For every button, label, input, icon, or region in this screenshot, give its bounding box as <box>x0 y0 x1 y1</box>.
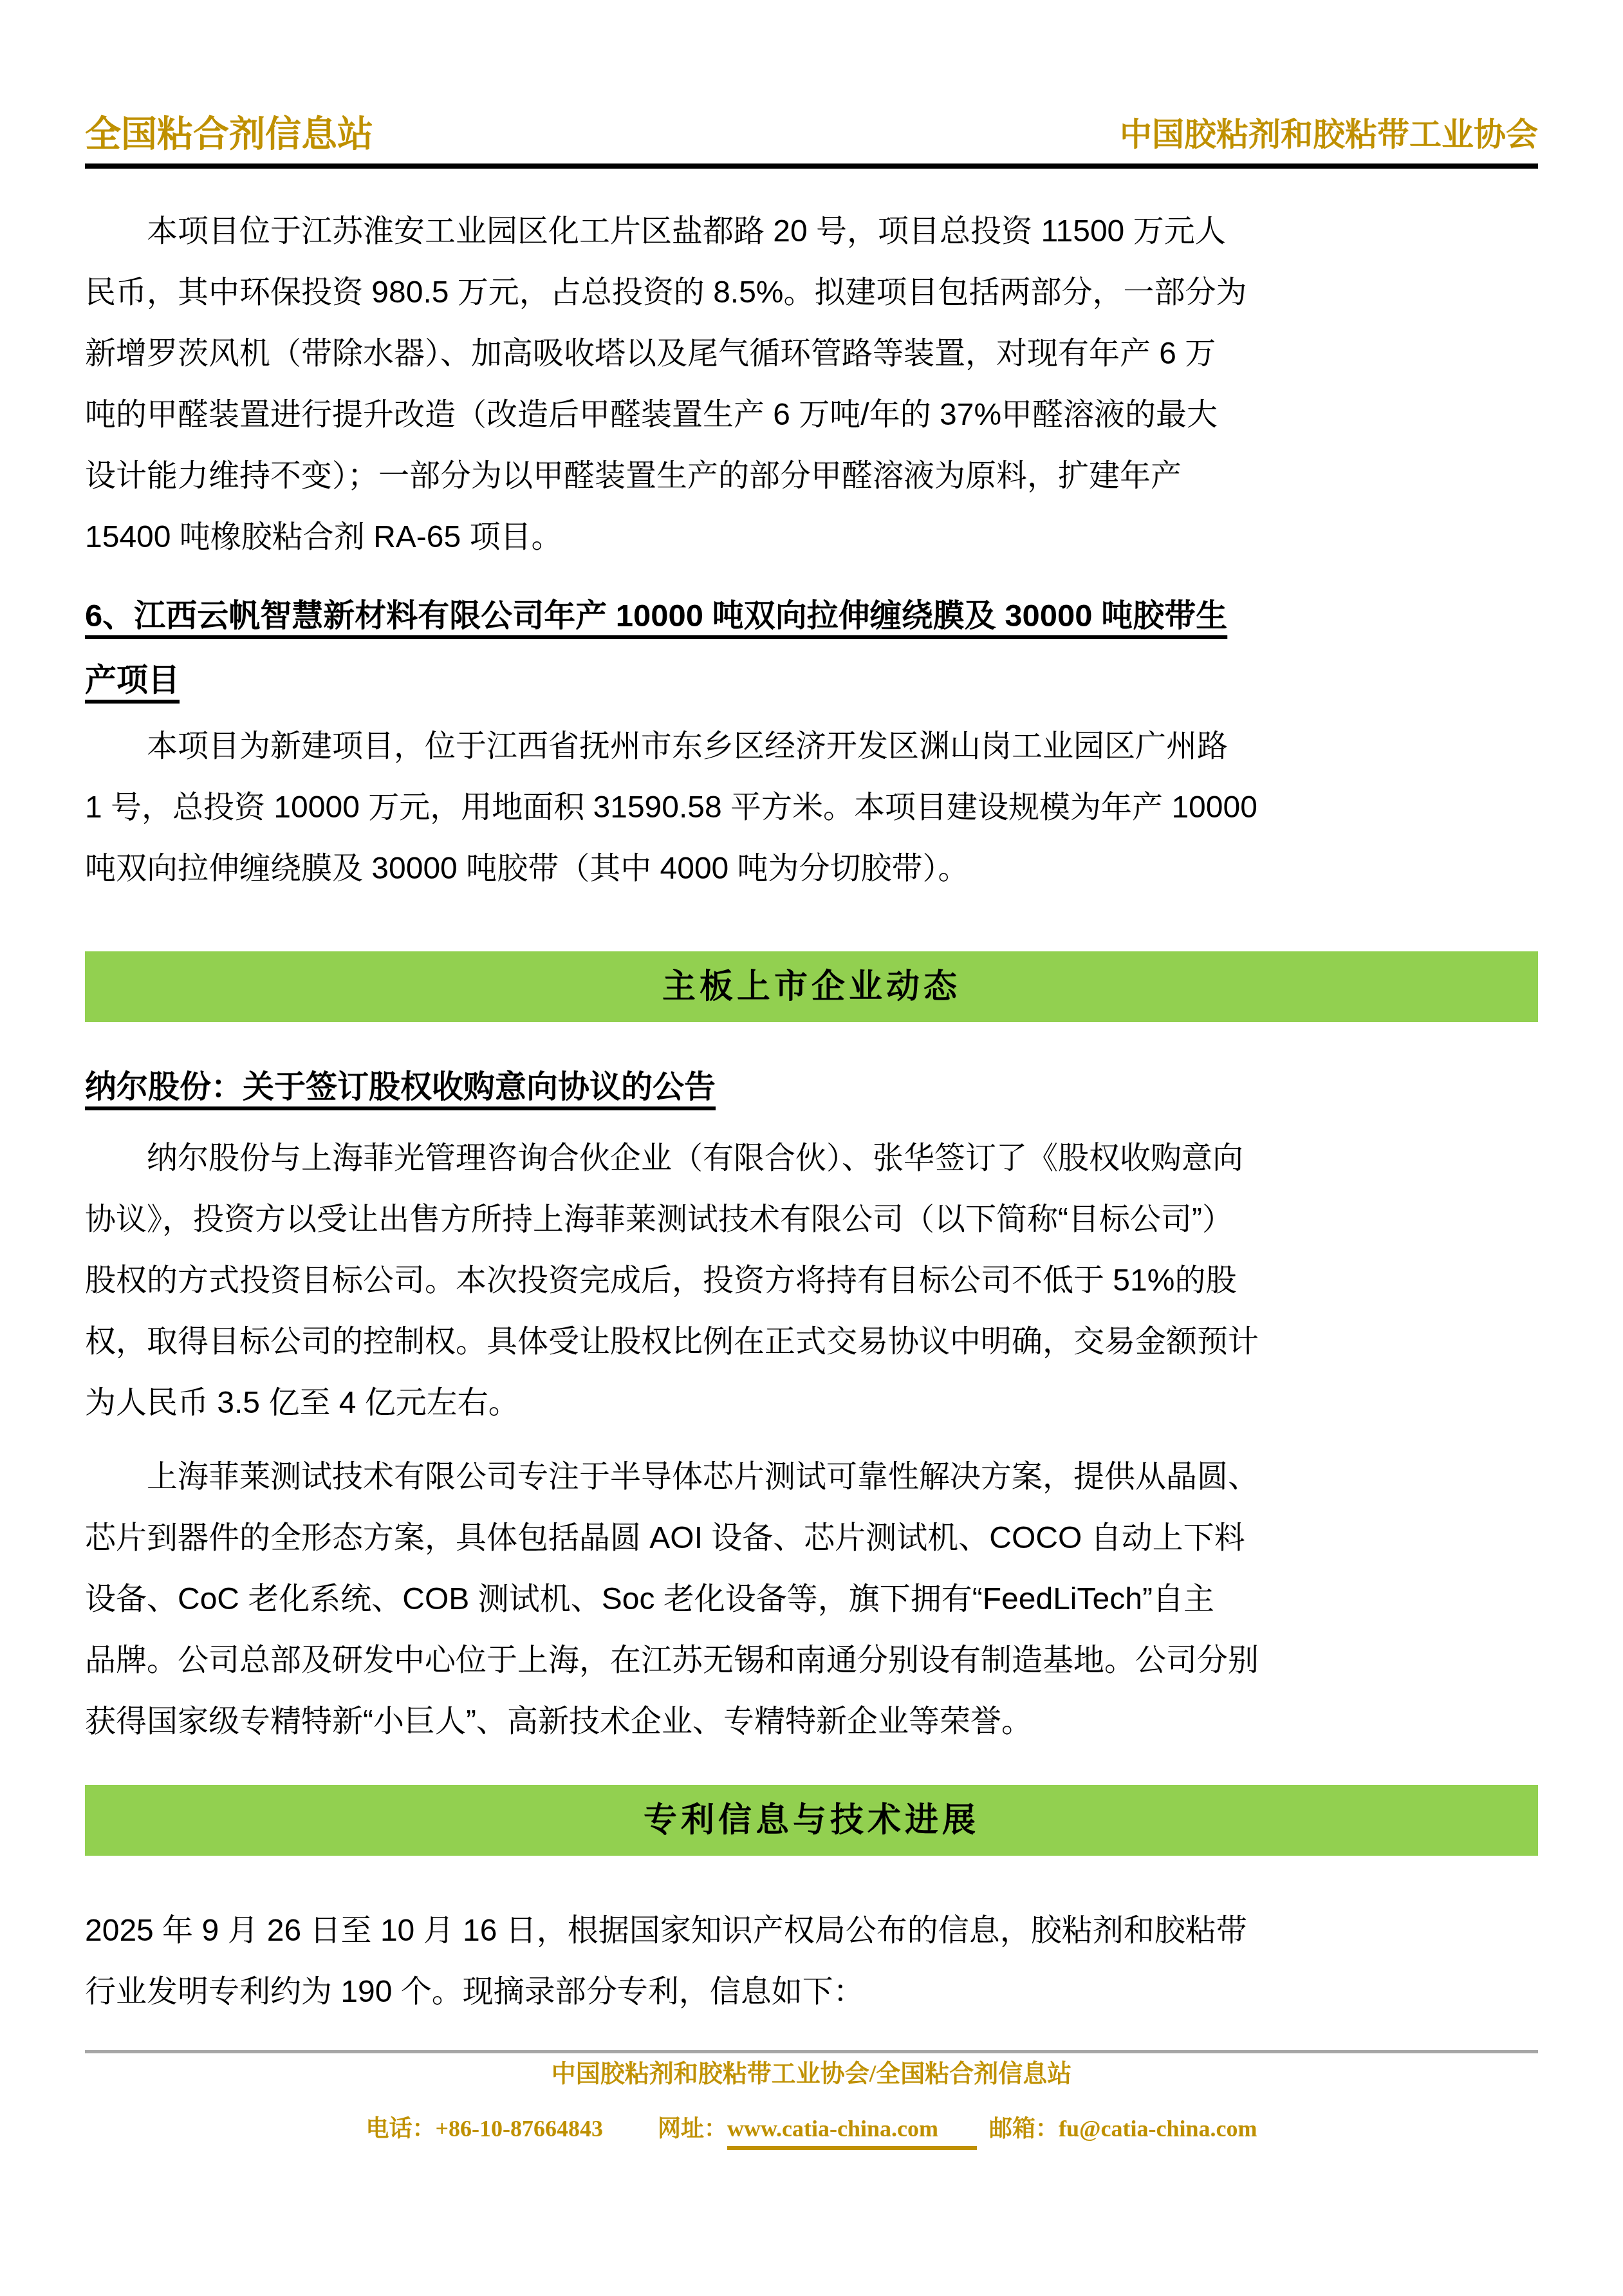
paragraph-naer-agreement: 纳尔股份与上海菲光管理咨询合伙企业（有限合伙）、张华签订了《股权收购意向 协议》… <box>85 1128 1538 1433</box>
email-label: 邮箱： <box>989 2116 1059 2142</box>
header-divider <box>85 163 1538 169</box>
banner-main-board-listed-companies: 主板上市企业动态 <box>85 951 1538 1022</box>
phone-value: +86-10-87664843 <box>436 2116 604 2142</box>
paragraph-patent-summary: 2025 年 9 月 26 日至 10 月 16 日，根据国家知识产权局公布的信… <box>85 1900 1538 2022</box>
paragraph-yunfan-project: 本项目为新建项目，位于江西省抚州市东乡区经济开发区渊山岗工业园区广州路 1 号，… <box>85 716 1538 899</box>
paragraph-huaian-project: 本项目位于江苏淮安工业园区化工片区盐都路 20 号，项目总投资 11500 万元… <box>85 201 1538 568</box>
footer-divider <box>85 2050 1538 2053</box>
heading-project-6: 6、江西云帆智慧新材料有限公司年产 10000 吨双向拉伸缠绕膜及 30000 … <box>85 584 1538 713</box>
page-header: 全国粘合剂信息站 中国胶粘剂和胶粘带工业协会 <box>85 115 1538 154</box>
website-link[interactable]: www.catia-china.com <box>727 2114 977 2150</box>
heading-naer-announcement: 纳尔股份：关于签订股权收购意向协议的公告 <box>85 1062 1538 1112</box>
footer-contact-line: 电话：+86-10-87664843 网址：www.catia-china.co… <box>85 2114 1538 2150</box>
website-label: 网址： <box>658 2116 727 2142</box>
newsletter-page: 全国粘合剂信息站 中国胶粘剂和胶粘带工业协会 本项目位于江苏淮安工业园区化工片区… <box>0 0 1623 2296</box>
header-left-title: 全国粘合剂信息站 <box>85 115 373 154</box>
header-right-title: 中国胶粘剂和胶粘带工业协会 <box>1120 115 1538 154</box>
footer-organization-line: 中国胶粘剂和胶粘带工业协会/全国粘合剂信息站 <box>85 2058 1538 2089</box>
email-value: fu@catia-china.com <box>1059 2116 1257 2142</box>
banner-patent-info: 专利信息与技术进展 <box>85 1785 1538 1856</box>
paragraph-feilai-company: 上海菲莱测试技术有限公司专注于半导体芯片测试可靠性解决方案，提供从晶圆、 芯片到… <box>85 1446 1538 1752</box>
phone-label: 电话： <box>366 2116 436 2142</box>
